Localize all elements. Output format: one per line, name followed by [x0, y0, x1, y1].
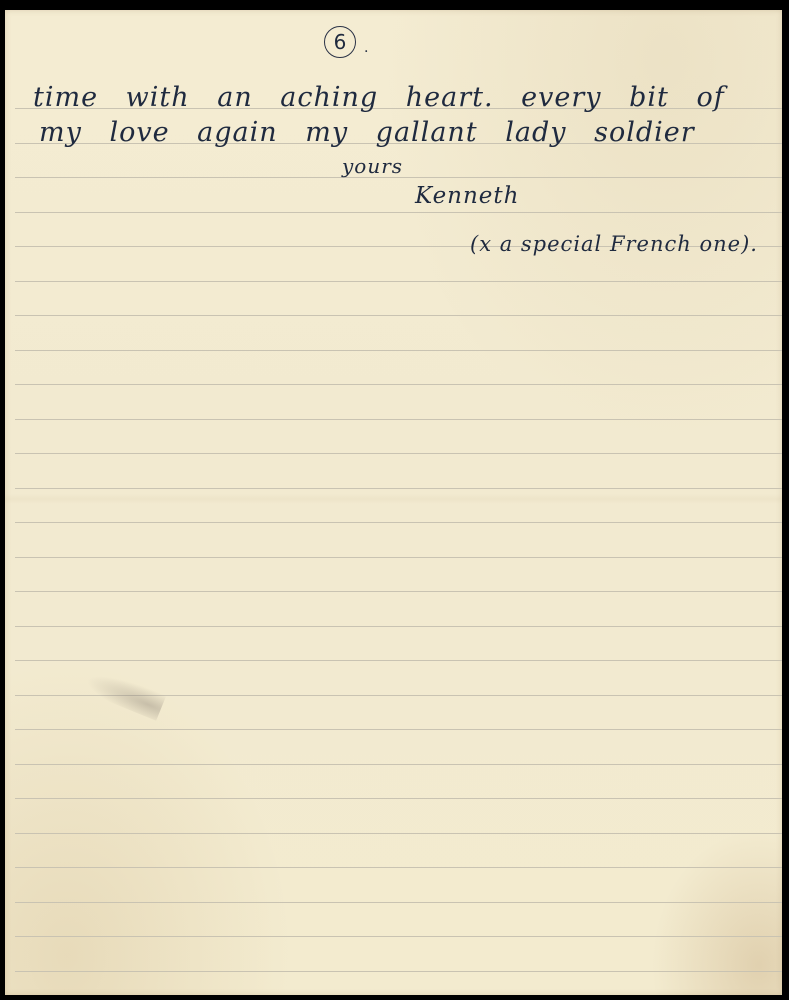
- letter-line-1: time with an aching heart. every bit of: [33, 82, 725, 113]
- ruled-line: [15, 591, 782, 592]
- ink-smudge: [73, 659, 168, 721]
- ruled-line: [15, 522, 782, 523]
- ruled-line: [15, 419, 782, 420]
- page-number-dot: .: [364, 40, 368, 56]
- letter-line-2: my love again my gallant lady soldier: [39, 117, 695, 148]
- ruled-line: [15, 350, 782, 351]
- ruled-line: [15, 557, 782, 558]
- ruled-line: [15, 971, 782, 972]
- letter-page: 6 . time with an aching heart. every bit…: [5, 10, 782, 995]
- letter-closing: yours: [342, 154, 403, 178]
- ruled-line: [15, 281, 782, 282]
- ruled-line: [15, 902, 782, 903]
- ruled-line: [15, 764, 782, 765]
- letter-postscript: (x a special French one).: [470, 232, 758, 256]
- ruled-line: [15, 488, 782, 489]
- ruled-line: [15, 212, 782, 213]
- ruled-line: [15, 626, 782, 627]
- ruled-line: [15, 833, 782, 834]
- ruled-line: [15, 384, 782, 385]
- ruled-line: [15, 798, 782, 799]
- page-number: 6: [334, 30, 347, 54]
- ruled-line: [15, 660, 782, 661]
- fold-crease: [5, 494, 782, 504]
- ruled-line: [15, 453, 782, 454]
- page-number-circle: 6: [324, 26, 356, 58]
- ruled-line: [15, 867, 782, 868]
- ruled-line: [15, 936, 782, 937]
- ruled-line: [15, 315, 782, 316]
- letter-signature: Kenneth: [415, 183, 519, 209]
- ruled-line: [15, 729, 782, 730]
